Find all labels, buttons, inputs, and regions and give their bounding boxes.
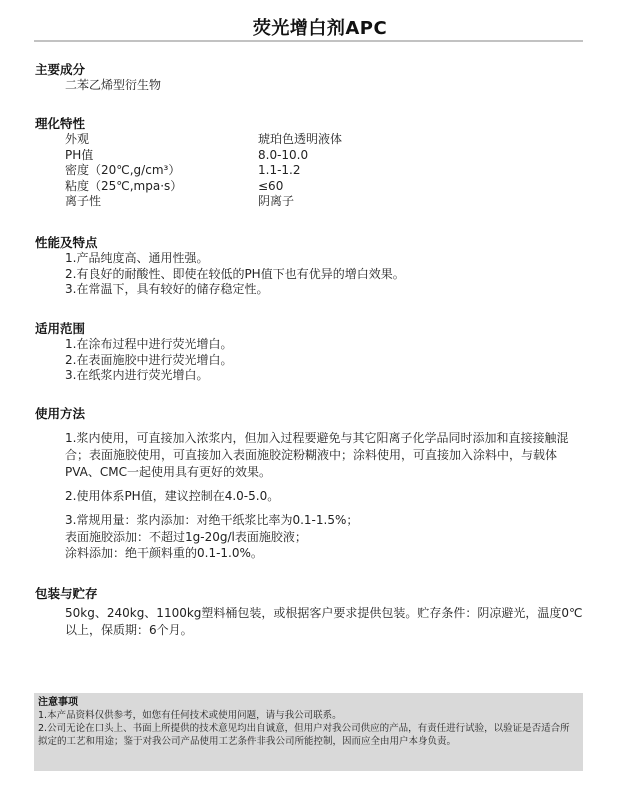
section-heading: 性能及特点 <box>35 235 595 251</box>
property-key: 粘度（25℃,mpa·s） <box>65 179 258 195</box>
property-row: PH值 8.0-10.0 <box>65 148 595 164</box>
application-item: 3.在纸浆内进行荧光增白。 <box>35 368 595 384</box>
property-row: 粘度（25℃,mpa·s） ≤60 <box>65 179 595 195</box>
section-packaging: 包装与贮存 50kg、240kg、1100kg塑料桶包装，或根据客户要求提供包装… <box>35 586 595 639</box>
property-value: 琥珀色透明液体 <box>258 132 342 148</box>
section-heading: 适用范围 <box>35 321 595 337</box>
section-heading: 理化特性 <box>35 116 595 132</box>
section-applications: 适用范围 1.在涂布过程中进行荧光增白。 2.在表面施胶中进行荧光增白。 3.在… <box>35 321 595 384</box>
property-value: ≤60 <box>258 179 283 195</box>
note-item: 1.本产品资料仅供参考，如您有任何技术或使用问题，请与我公司联系。 <box>38 709 579 722</box>
section-main-ingredient: 主要成分 二苯乙烯型衍生物 <box>35 62 595 94</box>
property-value: 8.0-10.0 <box>258 148 308 164</box>
property-row: 外观 琥珀色透明液体 <box>65 132 595 148</box>
notes-heading: 注意事项 <box>38 696 579 709</box>
property-key: 离子性 <box>65 194 258 210</box>
notes-box: 注意事项 1.本产品资料仅供参考，如您有任何技术或使用问题，请与我公司联系。 2… <box>34 693 583 771</box>
section-heading: 使用方法 <box>35 406 595 422</box>
usage-paragraph: 2.使用体系PH值，建议控制在4.0-5.0。 <box>35 488 585 505</box>
ingredient-text: 二苯乙烯型衍生物 <box>35 78 595 94</box>
dosage-block: 3.常规用量：浆内添加：对绝干纸浆比率为0.1-1.5%； 表面施胶添加：不超过… <box>35 512 595 562</box>
property-row: 密度（20℃,g/cm³） 1.1-1.2 <box>65 163 595 179</box>
note-item: 2.公司无论在口头上、书面上所提供的技术意见均出自诚意，但用户对我公司供应的产品… <box>38 722 579 748</box>
dosage-line: 3.常规用量：浆内添加：对绝干纸浆比率为0.1-1.5%； <box>35 512 595 529</box>
property-value: 1.1-1.2 <box>258 163 301 179</box>
dosage-line: 表面施胶添加：不超过1g-20g/l表面施胶液； <box>35 529 595 546</box>
property-key: 外观 <box>65 132 258 148</box>
feature-item: 3.在常温下，具有较好的储存稳定性。 <box>35 282 595 298</box>
property-key: 密度（20℃,g/cm³） <box>65 163 258 179</box>
packaging-text: 50kg、240kg、1100kg塑料桶包装，或根据客户要求提供包装。贮存条件：… <box>35 605 585 639</box>
usage-paragraph: 1.浆内使用，可直接加入浓浆内，但加入过程要避免与其它阳离子化学品同时添加和直接… <box>35 430 585 481</box>
property-key: PH值 <box>65 148 258 164</box>
document-title: 荧光增白剂APC <box>0 14 640 40</box>
property-row: 离子性 阴离子 <box>65 194 595 210</box>
feature-item: 1.产品纯度高、通用性强。 <box>35 251 595 267</box>
dosage-line: 涂料添加：绝干颜料重的0.1-1.0%。 <box>35 545 595 562</box>
section-heading: 包装与贮存 <box>35 586 595 602</box>
section-heading: 主要成分 <box>35 62 595 78</box>
application-item: 1.在涂布过程中进行荧光增白。 <box>35 337 595 353</box>
section-features: 性能及特点 1.产品纯度高、通用性强。 2.有良好的耐酸性、即使在较低的PH值下… <box>35 235 595 298</box>
feature-item: 2.有良好的耐酸性、即使在较低的PH值下也有优异的增白效果。 <box>35 267 595 283</box>
properties-table: 外观 琥珀色透明液体 PH值 8.0-10.0 密度（20℃,g/cm³） 1.… <box>65 132 595 210</box>
property-value: 阴离子 <box>258 194 294 210</box>
application-item: 2.在表面施胶中进行荧光增白。 <box>35 353 595 369</box>
title-divider <box>34 40 583 42</box>
section-usage: 使用方法 1.浆内使用，可直接加入浓浆内，但加入过程要避免与其它阳离子化学品同时… <box>35 406 595 562</box>
section-properties: 理化特性 外观 琥珀色透明液体 PH值 8.0-10.0 密度（20℃,g/cm… <box>35 116 595 210</box>
